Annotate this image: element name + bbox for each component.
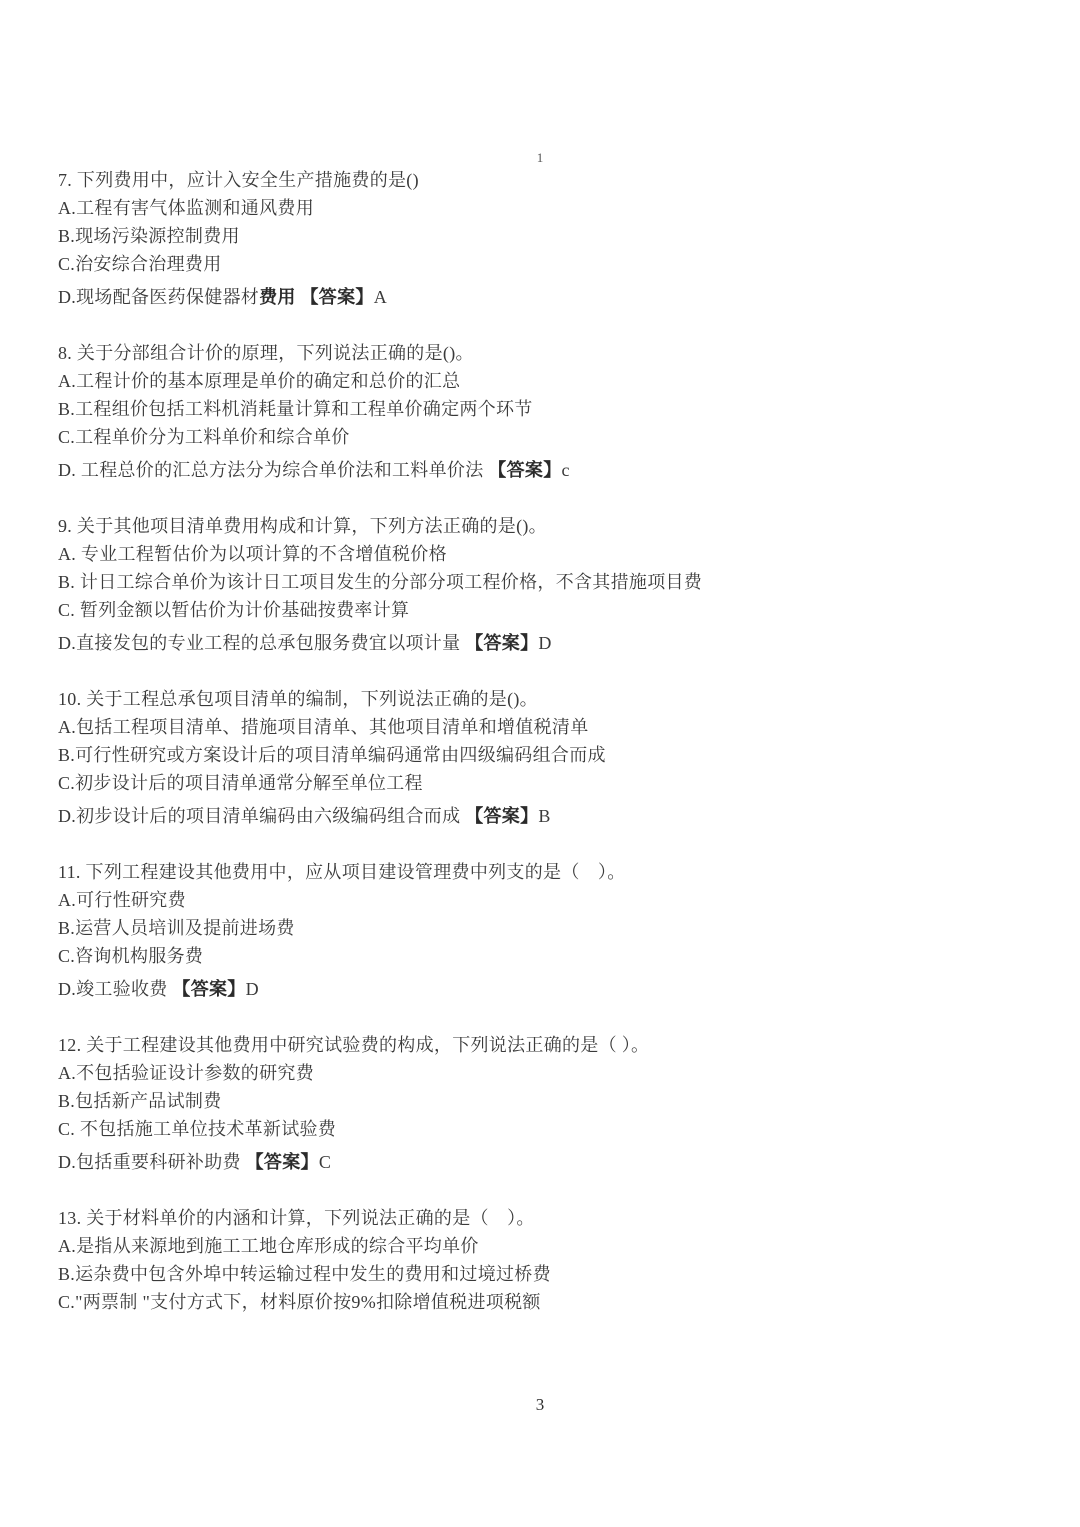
- question-11: 11. 下列工程建设其他费用中，应从项目建设管理费中列支的是（ ）。 A.可行性…: [58, 858, 1010, 1003]
- answer-marker: 【答案】: [172, 979, 245, 999]
- question-13: 13. 关于材料单价的内涵和计算，下列说法正确的是（ ）。 A.是指从来源地到施…: [58, 1204, 1010, 1316]
- header-page-number: 1: [0, 150, 1080, 166]
- option-b: B.运杂费中包含外埠中转运输过程中发生的费用和过境过桥费: [58, 1260, 1010, 1288]
- option-c: C.咨询机构服务费: [58, 942, 1010, 970]
- option-d: D.直接发包的专业工程的总承包服务费宜以项计量 【答案】D: [58, 629, 1010, 657]
- option-b: B.包括新产品试制费: [58, 1087, 1010, 1115]
- option-d-text: D.初步设计后的项目清单编码由六级编码组合而成: [58, 806, 465, 826]
- option-a: A.可行性研究费: [58, 886, 1010, 914]
- option-d: D.初步设计后的项目清单编码由六级编码组合而成 【答案】B: [58, 802, 1010, 830]
- answer-letter: c: [562, 460, 570, 480]
- option-d-text: D.竣工验收费: [58, 979, 172, 999]
- question-8: 8. 关于分部组合计价的原理，下列说法正确的是()。 A.工程计价的基本原理是单…: [58, 339, 1010, 484]
- option-c: C.初步设计后的项目清单通常分解至单位工程: [58, 769, 1010, 797]
- question-10: 10. 关于工程总承包项目清单的编制，下列说法正确的是()。 A.包括工程项目清…: [58, 685, 1010, 830]
- option-a: A.不包括验证设计参数的研究费: [58, 1059, 1010, 1087]
- option-d: D.现场配备医药保健器材费用 【答案】A: [58, 283, 1010, 311]
- option-d-text: D.直接发包的专业工程的总承包服务费宜以项计量: [58, 633, 465, 653]
- option-d: D. 工程总价的汇总方法分为综合单价法和工料单价法 【答案】c: [58, 456, 1010, 484]
- option-c: C."两票制 "支付方式下，材料原价按9%扣除增值税进项税额: [58, 1288, 1010, 1316]
- option-d-text: D.包括重要科研补助费: [58, 1152, 246, 1172]
- answer-marker: 【答案】: [465, 633, 538, 653]
- option-b: B.现场污染源控制费用: [58, 222, 1010, 250]
- exam-page: 1 7. 下列费用中，应计入安全生产措施费的是() A.工程有害气体监测和通风费…: [0, 0, 1080, 1527]
- answer-marker: 【答案】: [465, 806, 538, 826]
- question-stem: 12. 关于工程建设其他费用中研究试验费的构成，下列说法正确的是（ ）。: [58, 1031, 1010, 1059]
- question-stem: 9. 关于其他项目清单费用构成和计算，下列方法正确的是()。: [58, 512, 1010, 540]
- option-b: B. 计日工综合单价为该计日工项目发生的分部分项工程价格，不含其措施项目费: [58, 568, 1010, 596]
- question-stem: 13. 关于材料单价的内涵和计算，下列说法正确的是（ ）。: [58, 1204, 1010, 1232]
- answer-marker: 【答案】: [488, 460, 561, 480]
- option-d-text: D.现场配备医药保健器材: [58, 287, 259, 307]
- answer-letter: B: [538, 806, 550, 826]
- answer-letter: D: [538, 633, 551, 653]
- question-stem: 7. 下列费用中，应计入安全生产措施费的是(): [58, 166, 1010, 194]
- option-a: A.工程有害气体监测和通风费用: [58, 194, 1010, 222]
- option-a: A.工程计价的基本原理是单价的确定和总价的汇总: [58, 367, 1010, 395]
- option-c: C. 不包括施工单位技术革新试验费: [58, 1115, 1010, 1143]
- question-list: 7. 下列费用中，应计入安全生产措施费的是() A.工程有害气体监测和通风费用 …: [58, 166, 1010, 1344]
- question-7: 7. 下列费用中，应计入安全生产措施费的是() A.工程有害气体监测和通风费用 …: [58, 166, 1010, 311]
- option-c: C.工程单价分为工料单价和综合单价: [58, 423, 1010, 451]
- answer-letter: D: [246, 979, 259, 999]
- option-d: D.竣工验收费 【答案】D: [58, 975, 1010, 1003]
- answer-letter: A: [374, 287, 387, 307]
- question-stem: 10. 关于工程总承包项目清单的编制，下列说法正确的是()。: [58, 685, 1010, 713]
- option-a: A.包括工程项目清单、措施项目清单、其他项目清单和增值税清单: [58, 713, 1010, 741]
- answer-marker: 【答案】: [246, 1152, 319, 1172]
- option-d-text: D. 工程总价的汇总方法分为综合单价法和工料单价法: [58, 460, 488, 480]
- option-b: B.可行性研究或方案设计后的项目清单编码通常由四级编码组合而成: [58, 741, 1010, 769]
- option-b: B.工程组价包括工料机消耗量计算和工程单价确定两个环节: [58, 395, 1010, 423]
- option-a: A.是指从来源地到施工工地仓库形成的综合平均单价: [58, 1232, 1010, 1260]
- question-12: 12. 关于工程建设其他费用中研究试验费的构成，下列说法正确的是（ ）。 A.不…: [58, 1031, 1010, 1176]
- question-stem: 8. 关于分部组合计价的原理，下列说法正确的是()。: [58, 339, 1010, 367]
- footer-page-number: 3: [0, 1395, 1080, 1415]
- answer-marker: 费用 【答案】: [259, 287, 374, 307]
- option-c: C. 暂列金额以暂估价为计价基础按费率计算: [58, 596, 1010, 624]
- option-a: A. 专业工程暂估价为以项计算的不含增值税价格: [58, 540, 1010, 568]
- answer-letter: C: [319, 1152, 331, 1172]
- option-c: C.治安综合治理费用: [58, 250, 1010, 278]
- option-b: B.运营人员培训及提前进场费: [58, 914, 1010, 942]
- question-9: 9. 关于其他项目清单费用构成和计算，下列方法正确的是()。 A. 专业工程暂估…: [58, 512, 1010, 657]
- question-stem: 11. 下列工程建设其他费用中，应从项目建设管理费中列支的是（ ）。: [58, 858, 1010, 886]
- option-d: D.包括重要科研补助费 【答案】C: [58, 1148, 1010, 1176]
